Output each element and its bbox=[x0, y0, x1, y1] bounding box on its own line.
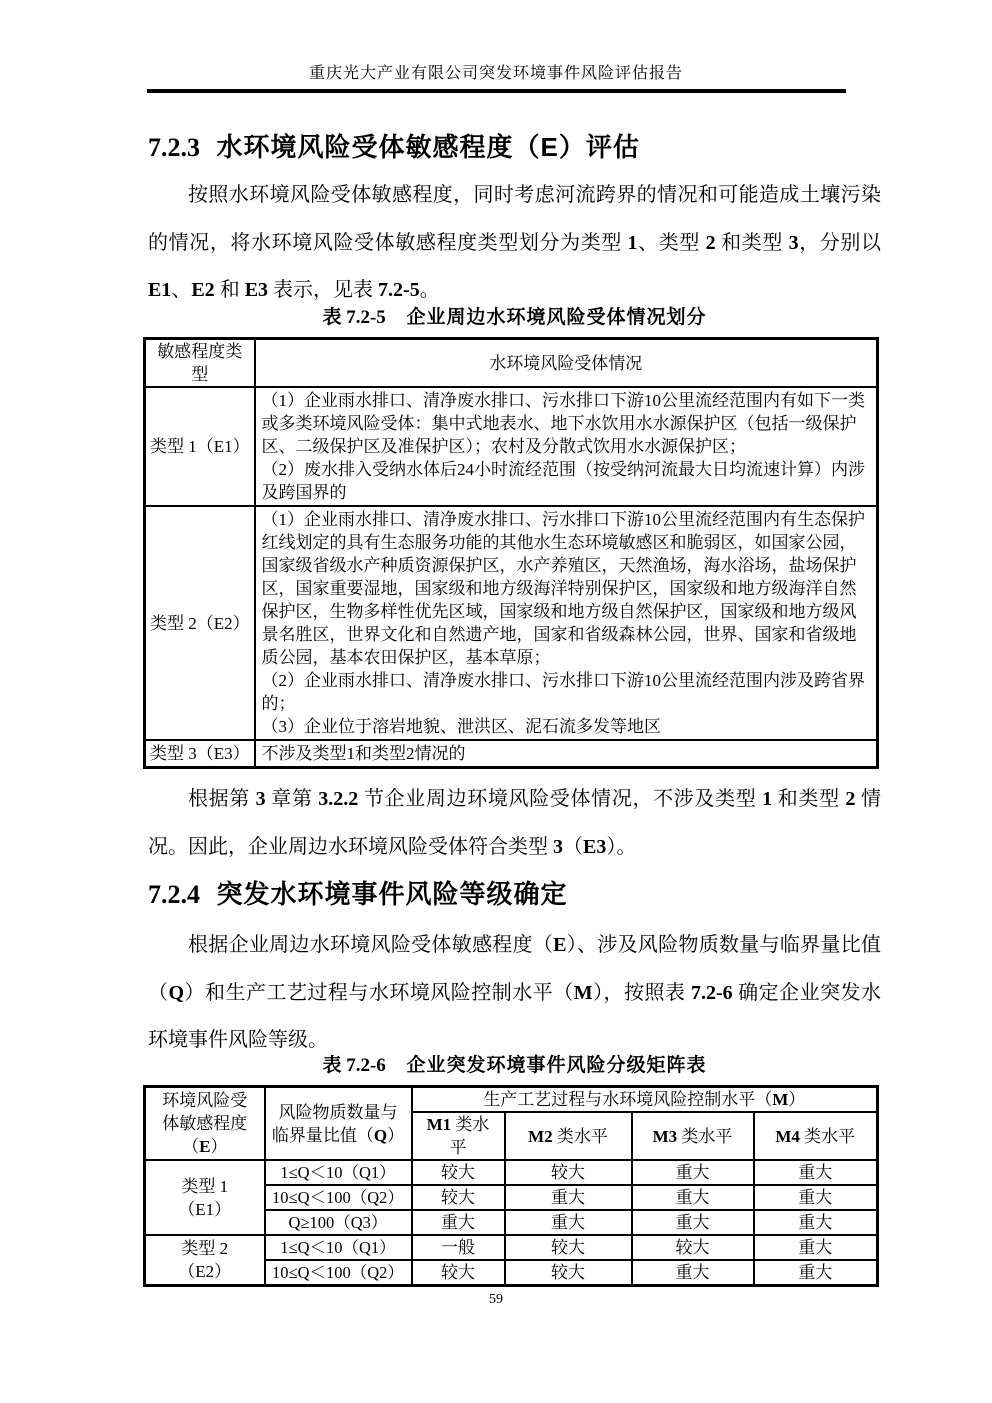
text-segment: Q bbox=[168, 982, 184, 1004]
table-7-2-6: 环境风险受体敏感程度（E） 风险物质数量与临界量比值（Q） 生产工艺过程与水环境… bbox=[143, 1085, 879, 1287]
e-type-label-line: （E1） bbox=[146, 1198, 264, 1221]
table-7-2-6-body: 类型 1（E1）1≤Q＜10（Q1）较大较大重大重大10≤Q＜100（Q2）较大… bbox=[145, 1160, 878, 1286]
text-segment: ） bbox=[387, 1126, 404, 1145]
table-caption-title: 企业周边水环境风险受体情况划分 bbox=[407, 307, 707, 328]
risk-level-cell: 重大 bbox=[754, 1160, 878, 1185]
table-row: 类型 1（E1）（1）企业雨水排口、清净废水排口、污水排口下游10公里流经范围内… bbox=[145, 387, 878, 506]
paragraph-risk-grading-intro: 根据企业周边水环境风险受体敏感程度（E）、涉及风险物质数量与临界量比值（Q）和生… bbox=[148, 922, 881, 1065]
text-segment: ，分别以 bbox=[799, 232, 881, 254]
e-type-group-cell: 类型 1（E1） bbox=[145, 1160, 265, 1235]
text-segment: 和类型 bbox=[772, 788, 845, 810]
matrix-header-row-1: 环境风险受体敏感程度（E） 风险物质数量与临界量比值（Q） 生产工艺过程与水环境… bbox=[145, 1087, 878, 1113]
sensitivity-type-cell: 类型 2（E2） bbox=[145, 506, 255, 740]
table-caption-number: 表 7.2-6 bbox=[322, 1055, 385, 1076]
text-segment: Q bbox=[374, 1126, 387, 1145]
table-row: 类型 2（E2）（1）企业雨水排口、清净废水排口、污水排口下游10公里流经范围内… bbox=[145, 506, 878, 740]
text-segment: 3 bbox=[553, 836, 563, 858]
risk-level-cell: 重大 bbox=[412, 1210, 505, 1235]
text-segment: 生产工艺过程与水环境风险控制水平（ bbox=[483, 1090, 772, 1109]
column-header-e-sensitivity: 环境风险受体敏感程度（E） bbox=[145, 1087, 265, 1161]
risk-level-cell: 较大 bbox=[505, 1160, 632, 1185]
text-segment: M4 bbox=[775, 1127, 800, 1146]
q-ratio-cell: 10≤Q＜100（Q2） bbox=[265, 1185, 412, 1210]
description-item: （1）企业雨水排口、清净废水排口、污水排口下游10公里流经范围内有生态保护红线划… bbox=[262, 508, 871, 669]
paragraph-receptor-conclusion: 根据第 3 章第 3.2.2 节企业周边环境风险受体情况，不涉及类型 1 和类型… bbox=[148, 776, 881, 871]
risk-level-cell: 重大 bbox=[505, 1185, 632, 1210]
matrix-row: 类型 2（E2）1≤Q＜10（Q1）一般较大较大重大 bbox=[145, 1235, 878, 1260]
column-header-receptor-situation: 水环境风险受体情况 bbox=[255, 339, 878, 388]
table-caption-number: 表 7.2-5 bbox=[322, 307, 385, 328]
table-caption-title: 企业突发环境事件风险分级矩阵表 bbox=[407, 1055, 707, 1076]
e-type-label-line: 类型 1 bbox=[146, 1175, 264, 1198]
table-row: 类型 3（E3）不涉及类型1和类型2情况的 bbox=[145, 740, 878, 768]
sensitivity-type-cell: 类型 3（E3） bbox=[145, 740, 255, 768]
page-number: 59 bbox=[0, 1292, 992, 1308]
risk-level-cell: 重大 bbox=[632, 1210, 754, 1235]
risk-level-cell: 较大 bbox=[412, 1185, 505, 1210]
risk-level-cell: 重大 bbox=[632, 1160, 754, 1185]
running-header-title: 重庆光大产业有限公司突发环境事件风险评估报告 bbox=[0, 60, 992, 83]
text-segment: M bbox=[772, 1090, 788, 1109]
text-segment: ）和生产工艺过程与水环境风险控制水平（ bbox=[184, 982, 574, 1004]
risk-level-cell: 一般 bbox=[412, 1235, 505, 1260]
risk-level-cell: 重大 bbox=[754, 1185, 878, 1210]
m-level-subheader: M3 类水平 bbox=[632, 1112, 754, 1160]
table-caption-7-2-5: 表 7.2-5 企业周边水环境风险受体情况划分 bbox=[148, 302, 881, 329]
text-segment: 表示，见表 bbox=[268, 279, 378, 301]
text-segment: 根据企业周边水环境风险受体敏感程度（ bbox=[188, 934, 553, 956]
section-number: 7.2.4 bbox=[148, 880, 200, 909]
risk-level-cell: 较大 bbox=[505, 1235, 632, 1260]
risk-level-cell: 较大 bbox=[412, 1260, 505, 1286]
column-header-sensitivity-type: 敏感程度类型 bbox=[145, 339, 255, 388]
text-segment: 2 bbox=[706, 232, 716, 254]
q-ratio-cell: Q≥100（Q3） bbox=[265, 1210, 412, 1235]
risk-level-cell: 重大 bbox=[505, 1210, 632, 1235]
text-segment: ） bbox=[788, 1090, 805, 1109]
text-segment: 3 bbox=[256, 788, 266, 810]
text-segment: M2 bbox=[528, 1127, 553, 1146]
text-segment: 7.2-6 bbox=[691, 982, 733, 1004]
text-segment: 3.2.2 bbox=[318, 788, 358, 810]
text-segment: E2 bbox=[191, 279, 214, 301]
text-segment: 3 bbox=[789, 232, 799, 254]
receptor-description-cell: （1）企业雨水排口、清净废水排口、污水排口下游10公里流经范围内有如下一类或多类… bbox=[255, 387, 878, 506]
column-header-m-control-level: 生产工艺过程与水环境风险控制水平（M） bbox=[412, 1087, 878, 1113]
text-segment: E bbox=[199, 1137, 210, 1156]
table-7-2-5: 敏感程度类型 水环境风险受体情况 类型 1（E1）（1）企业雨水排口、清净废水排… bbox=[143, 337, 879, 769]
risk-level-cell: 重大 bbox=[632, 1260, 754, 1286]
risk-level-cell: 较大 bbox=[632, 1235, 754, 1260]
m-level-subheader: M4 类水平 bbox=[754, 1112, 878, 1160]
table-7-2-5-body: 类型 1（E1）（1）企业雨水排口、清净废水排口、污水排口下游10公里流经范围内… bbox=[145, 387, 878, 768]
table-caption-7-2-6: 表 7.2-6 企业突发环境事件风险分级矩阵表 bbox=[148, 1050, 881, 1077]
text-segment: （ bbox=[563, 836, 583, 858]
text-segment: 、 bbox=[171, 279, 191, 301]
description-item: 不涉及类型1和类型2情况的 bbox=[262, 742, 871, 765]
e-type-group-cell: 类型 2（E2） bbox=[145, 1235, 265, 1286]
column-header-q-ratio: 风险物质数量与临界量比值（Q） bbox=[265, 1087, 412, 1161]
e-type-label-line: 类型 2 bbox=[146, 1237, 264, 1260]
sensitivity-type-cell: 类型 1（E1） bbox=[145, 387, 255, 506]
m-level-subheader: M1 类水平 bbox=[412, 1112, 505, 1160]
text-segment: E3 bbox=[245, 279, 268, 301]
section-number: 7.2.3 bbox=[148, 133, 200, 162]
document-page: 重庆光大产业有限公司突发环境事件风险评估报告 7.2.3 水环境风险受体敏感程度… bbox=[0, 0, 992, 1403]
receptor-description-cell: 不涉及类型1和类型2情况的 bbox=[255, 740, 878, 768]
text-segment: 根据第 bbox=[188, 788, 256, 810]
risk-level-cell: 重大 bbox=[632, 1185, 754, 1210]
text-segment: M1 bbox=[427, 1115, 452, 1134]
risk-level-cell: 重大 bbox=[754, 1235, 878, 1260]
text-segment: 章第 bbox=[266, 788, 319, 810]
receptor-description-cell: （1）企业雨水排口、清净废水排口、污水排口下游10公里流经范围内有生态保护红线划… bbox=[255, 506, 878, 740]
section-heading-7-2-3: 7.2.3 水环境风险受体敏感程度（E）评估 bbox=[148, 127, 640, 164]
section-title: 水环境风险受体敏感程度（E）评估 bbox=[217, 132, 640, 162]
matrix-row: 类型 1（E1）1≤Q＜10（Q1）较大较大重大重大 bbox=[145, 1160, 878, 1185]
text-segment: ），按照表 bbox=[593, 982, 691, 1004]
text-segment: M bbox=[574, 982, 593, 1004]
text-segment: 2 bbox=[845, 788, 855, 810]
text-segment: ） bbox=[210, 1137, 227, 1156]
text-segment: 7.2-5 bbox=[378, 279, 420, 301]
risk-level-cell: 重大 bbox=[754, 1260, 878, 1286]
paragraph-sensitivity-intro: 按照水环境风险受体敏感程度，同时考虑河流跨界的情况和可能造成土壤污染的情况，将水… bbox=[148, 172, 881, 315]
text-segment: E1 bbox=[148, 279, 171, 301]
text-segment: 和类型 bbox=[716, 232, 789, 254]
description-item: （3）企业位于溶岩地貌、泄洪区、泥石流多发等地区 bbox=[262, 715, 871, 738]
text-segment: 和 bbox=[215, 279, 245, 301]
description-item: （2）企业雨水排口、清净废水排口、污水排口下游10公里流经范围内涉及跨省界的； bbox=[262, 669, 871, 715]
text-segment: E bbox=[553, 934, 566, 956]
risk-level-cell: 较大 bbox=[412, 1160, 505, 1185]
risk-level-cell: 重大 bbox=[754, 1210, 878, 1235]
table-header-row: 敏感程度类型 水环境风险受体情况 bbox=[145, 339, 878, 388]
text-segment: E3 bbox=[583, 836, 606, 858]
text-segment: 。 bbox=[420, 279, 440, 301]
text-segment: M3 bbox=[653, 1127, 678, 1146]
text-segment: 1 bbox=[628, 232, 638, 254]
description-item: （1）企业雨水排口、清净废水排口、污水排口下游10公里流经范围内有如下一类或多类… bbox=[262, 389, 871, 458]
q-ratio-cell: 1≤Q＜10（Q1） bbox=[265, 1160, 412, 1185]
e-type-label-line: （E2） bbox=[146, 1260, 264, 1283]
m-level-subheader: M2 类水平 bbox=[505, 1112, 632, 1160]
section-heading-7-2-4: 7.2.4 突发水环境事件风险等级确定 bbox=[148, 874, 568, 911]
risk-level-cell: 较大 bbox=[505, 1260, 632, 1286]
text-segment: ）。 bbox=[606, 836, 636, 858]
text-segment: 节企业周边环境风险受体情况，不涉及类型 bbox=[358, 788, 762, 810]
description-item: （2）废水排入受纳水体后24小时流经范围（按受纳河流最大日均流速计算）内涉及跨国… bbox=[262, 458, 871, 504]
header-rule bbox=[147, 89, 846, 93]
text-segment: 、类型 bbox=[638, 232, 706, 254]
q-ratio-cell: 1≤Q＜10（Q1） bbox=[265, 1235, 412, 1260]
text-segment: 1 bbox=[762, 788, 772, 810]
section-title: 突发水环境事件风险等级确定 bbox=[217, 879, 568, 909]
q-ratio-cell: 10≤Q＜100（Q2） bbox=[265, 1260, 412, 1286]
